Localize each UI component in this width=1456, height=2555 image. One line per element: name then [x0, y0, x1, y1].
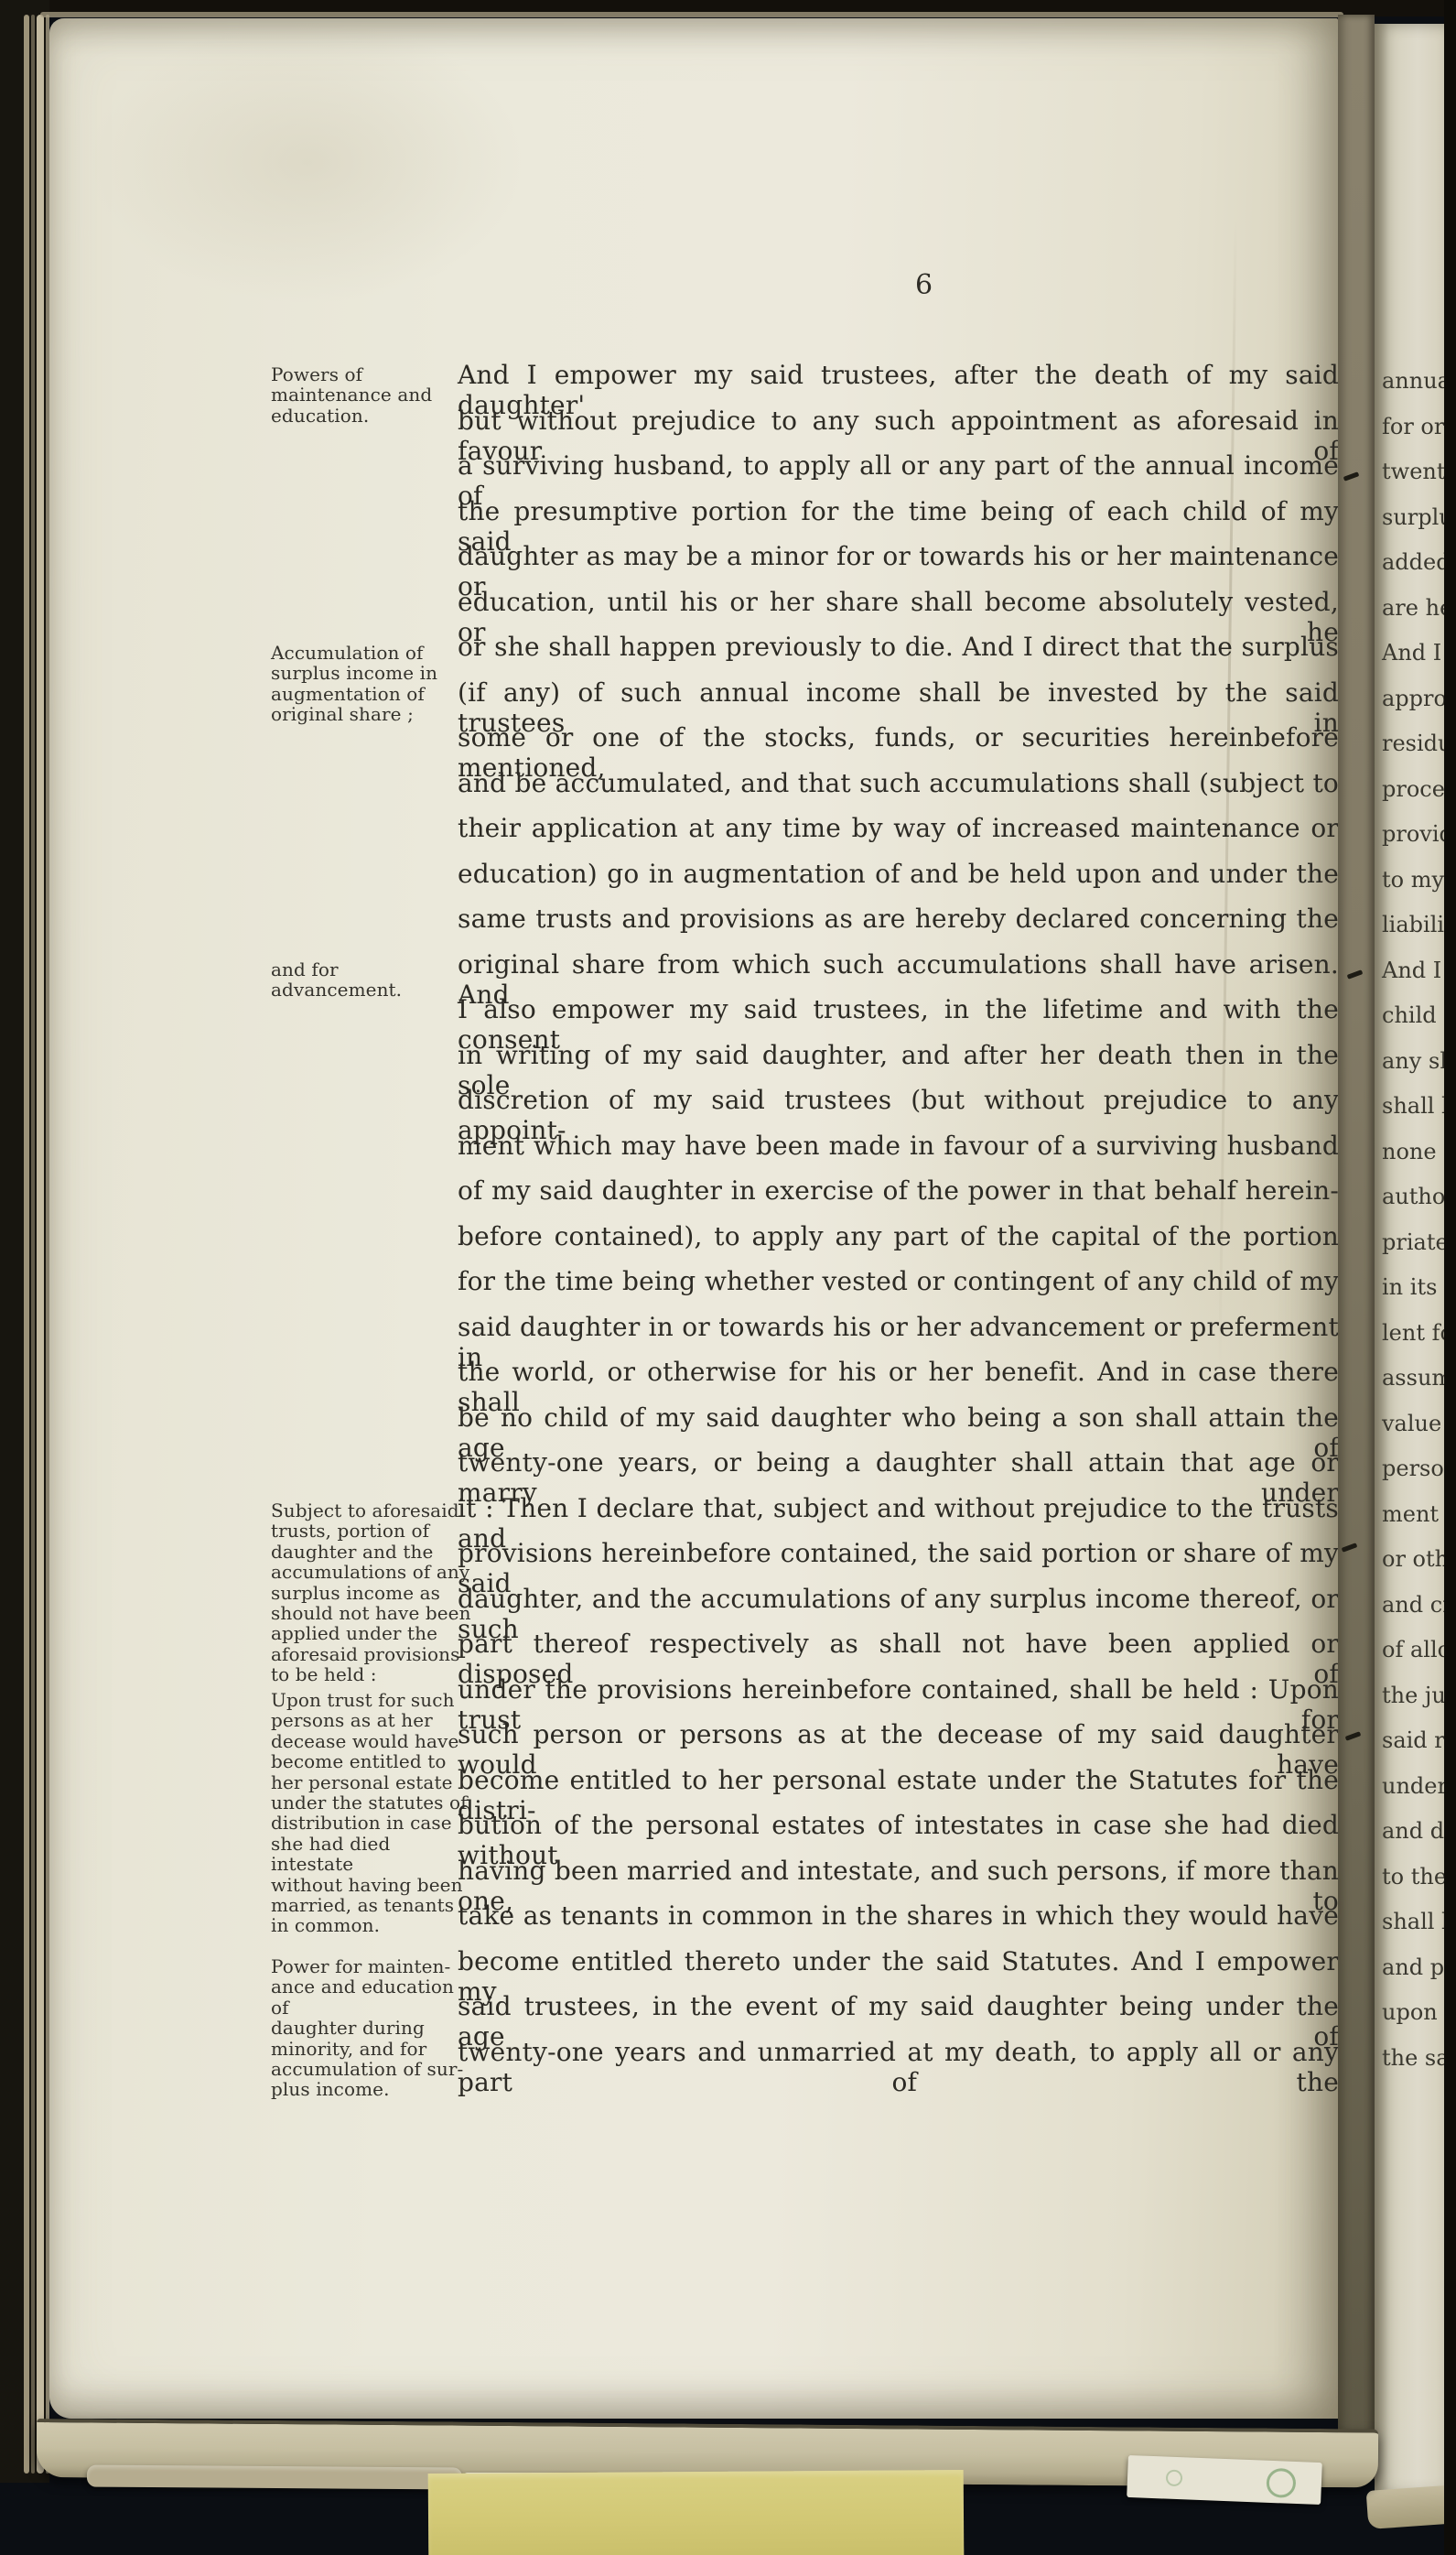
- body-text-line: take as tenants in common in the shares …: [458, 1900, 1339, 1939]
- next-page-text-fragment: residua: [1382, 731, 1444, 756]
- next-page-text-fragment: to the al: [1382, 1864, 1444, 1889]
- yellow-paper-slip: [428, 2470, 965, 2555]
- next-page-text-fragment: and perso: [1382, 1954, 1444, 1980]
- binding-stitch: [1342, 1543, 1358, 1553]
- body-text-line: or she shall happen previously to die. A…: [458, 632, 1339, 670]
- body-text-line: twenty-one years, or being a daughter sh…: [458, 1447, 1339, 1486]
- body-text-line: for the time being whether vested or con…: [458, 1266, 1339, 1305]
- next-page-text-fragment: twent: [1382, 459, 1444, 484]
- next-page-text-fragment: none of: [1382, 1139, 1444, 1164]
- page-edge-stripe: [37, 15, 44, 2474]
- body-text-line: their application at any time by way of …: [458, 813, 1339, 851]
- white-paper-slip: [1127, 2455, 1322, 2505]
- next-page-text-fragment: lent for: [1382, 1320, 1444, 1346]
- scanned-book-page-photo: 6 Powers of maintenance and education.Ac…: [0, 0, 1456, 2555]
- next-page-text-fragment: the same: [1382, 2045, 1444, 2071]
- body-text-line: but without prejudice to any such appoin…: [458, 406, 1339, 444]
- next-page-text-fragment: liability: [1382, 912, 1444, 937]
- margin-note: Subject to aforesaid trusts, portion of …: [271, 1500, 472, 1685]
- body-text-line: the presumptive portion for the time bei…: [458, 496, 1339, 535]
- page-top-rim: [40, 12, 1343, 17]
- margin-note: Power for mainten- ance and education of…: [271, 1956, 472, 2100]
- body-text-line: said trustees, in the event of my said d…: [458, 1991, 1339, 2030]
- binding-stitch: [1343, 471, 1360, 482]
- margin-note: Accumulation of surplus income in augmen…: [271, 643, 472, 725]
- next-page-text-fragment: procee: [1382, 776, 1444, 802]
- next-page-text-fragment: said real,: [1382, 1727, 1444, 1753]
- next-page-text-fragment: child c: [1382, 1002, 1444, 1028]
- next-page-text-fragment: authorit: [1382, 1184, 1444, 1209]
- body-text-line: education) go in augmentation of and be …: [458, 859, 1339, 897]
- next-page-text-fragment: shall be: [1382, 1093, 1444, 1119]
- green-ink-ring: [1266, 2468, 1296, 2498]
- body-text-line: under the provisions hereinbefore contai…: [458, 1674, 1339, 1713]
- page-stack-left-edge: [0, 0, 49, 2483]
- next-page-text-fragment: under an: [1382, 1773, 1444, 1799]
- next-page-text-fragment: are he: [1382, 595, 1444, 621]
- next-page-text-fragment: and do al: [1382, 1818, 1444, 1844]
- next-page-text-fragment: ment to: [1382, 1501, 1444, 1527]
- next-page-text-fragment: shall be e: [1382, 1909, 1444, 1934]
- body-text-line: (if any) of such annual income shall be …: [458, 677, 1339, 716]
- next-page-text-fragment: any sha: [1382, 1048, 1444, 1074]
- body-text-line: be no child of my said daughter who bein…: [458, 1402, 1339, 1441]
- next-page-text-fragment: value of: [1382, 1411, 1444, 1436]
- body-text-line: daughter, and the accumulations of any s…: [458, 1584, 1339, 1622]
- body-text-line: And I empower my said trustees, after th…: [458, 360, 1339, 398]
- body-text-line: having been married and intestate, and s…: [458, 1856, 1339, 1894]
- page-number: 6: [915, 269, 933, 301]
- body-text-line: such person or persons as at the decease…: [458, 1719, 1339, 1758]
- margin-note: Powers of maintenance and education.: [271, 364, 472, 426]
- body-text-line: ment which may have been made in favour …: [458, 1131, 1339, 1169]
- next-page-text-fragment: surplu: [1382, 504, 1444, 530]
- body-text-line: said daughter in or towards his or her a…: [458, 1312, 1339, 1350]
- body-text-line: provisions hereinbefore contained, the s…: [458, 1538, 1339, 1576]
- body-text-line: discretion of my said trustees (but with…: [458, 1085, 1339, 1123]
- next-page-text-fragment: to my s: [1382, 867, 1444, 893]
- body-text-line: and be accumulated, and that such accumu…: [458, 768, 1339, 807]
- body-text-line: some or one of the stocks, funds, or sec…: [458, 722, 1339, 761]
- next-page-sliver: annuafor ortwentsurpluaddedare heAnd Iap…: [1375, 24, 1444, 2495]
- binding-stitch: [1347, 969, 1364, 980]
- next-page-text-fragment: the judg: [1382, 1683, 1444, 1708]
- next-page-text-fragment: or other: [1382, 1546, 1444, 1572]
- next-page-text-fragment: provide: [1382, 821, 1444, 847]
- body-text-line: education, until his or her share shall …: [458, 587, 1339, 625]
- body-text-line: the world, or otherwise for his or her b…: [458, 1357, 1339, 1395]
- next-page-text-fragment: of allotm: [1382, 1637, 1444, 1662]
- next-page-text-fragment: and crea: [1382, 1592, 1444, 1618]
- next-page-text-fragment: upon the: [1382, 1999, 1444, 2025]
- next-page-text-fragment: And I: [1382, 958, 1441, 983]
- body-text-line: before contained), to apply any part of …: [458, 1221, 1339, 1260]
- next-page-text-fragment: assuming: [1382, 1365, 1444, 1391]
- margin-note: Upon trust for such persons as at her de…: [271, 1690, 472, 1936]
- next-page-text-fragment: personal: [1382, 1456, 1444, 1481]
- page-bottom-tab: [87, 2465, 462, 2490]
- next-page-text-fragment: And I: [1382, 640, 1441, 666]
- next-page-text-fragment: added: [1382, 549, 1444, 575]
- body-text-line: become entitled thereto under the said S…: [458, 1946, 1339, 1985]
- body-text-line: part thereof respectively as shall not h…: [458, 1629, 1339, 1667]
- body-text-line: daughter as may be a minor for or toward…: [458, 541, 1339, 579]
- body-text-line: it : Then I declare that, subject and wi…: [458, 1493, 1339, 1532]
- next-page-text-fragment: priate a: [1382, 1229, 1444, 1255]
- body-text-line: same trusts and provisions as are hereby…: [458, 904, 1339, 942]
- body-text-line: become entitled to her personal estate u…: [458, 1765, 1339, 1803]
- binding-stitch: [1345, 1731, 1362, 1741]
- body-text-line: I also empower my said trustees, in the …: [458, 994, 1339, 1033]
- left-page: 6 Powers of maintenance and education.Ac…: [49, 18, 1338, 2419]
- next-page-text-fragment: in its ac: [1382, 1274, 1444, 1300]
- gutter-shadow: [1338, 15, 1375, 2479]
- next-page-text-fragment: approp: [1382, 686, 1444, 711]
- body-text-line: in writing of my said daughter, and afte…: [458, 1040, 1339, 1078]
- page-edge-stripe: [24, 15, 29, 2474]
- body-text-line: of my said daughter in exercise of the p…: [458, 1175, 1339, 1214]
- next-page-bottom-edge: [1366, 2485, 1450, 2529]
- page-edge-stripe: [31, 15, 35, 2474]
- margin-note: and for advancement.: [271, 959, 472, 1001]
- body-text-line: a surviving husband, to apply all or any…: [458, 450, 1339, 489]
- body-text-line: bution of the personal estates of intest…: [458, 1810, 1339, 1848]
- body-text-line: original share from which such accumulat…: [458, 949, 1339, 988]
- next-page-text-fragment: for or: [1382, 414, 1444, 439]
- body-text-line: twenty-one years and unmarried at my dea…: [458, 2037, 1339, 2075]
- next-page-text-fragment: annua: [1382, 368, 1444, 394]
- book-right-edge: [1444, 0, 1456, 2555]
- green-ink-ring: [1166, 2470, 1183, 2487]
